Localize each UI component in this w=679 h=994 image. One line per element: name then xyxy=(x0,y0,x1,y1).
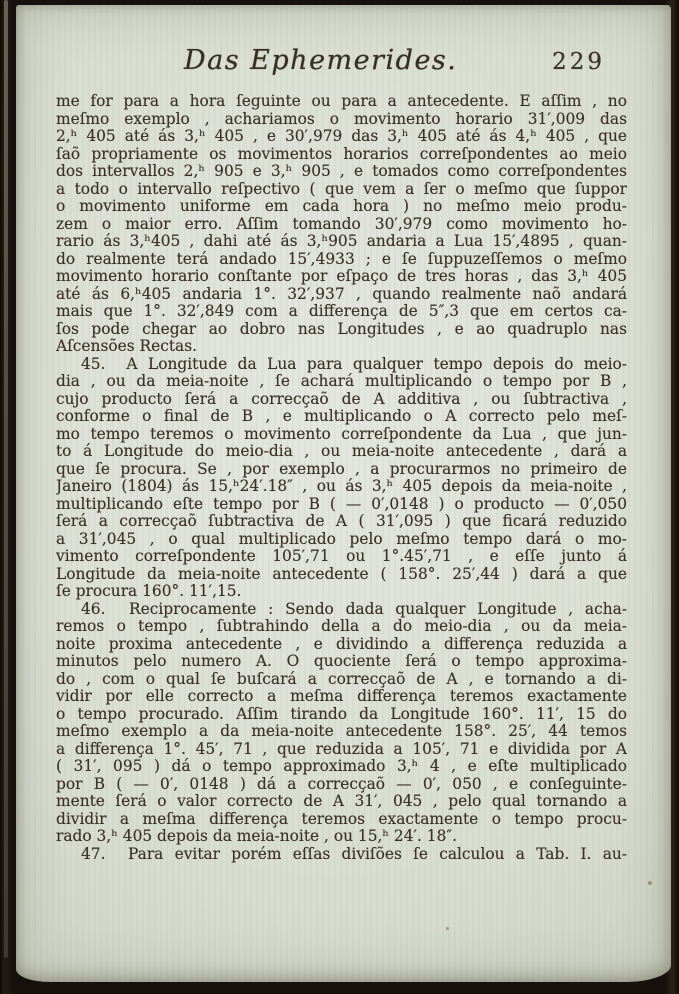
text-line: cujo producto ſerá a correcçaõ de A addi… xyxy=(56,391,627,409)
book-page: Das Ephemerides. 229 me for para a hora … xyxy=(16,5,671,982)
gutter-page-edge xyxy=(4,0,8,958)
text-line: o movimento uniforme em cada hora ) no m… xyxy=(56,198,627,216)
text-line: ſe procura 160°. 11′,15. xyxy=(56,583,627,601)
text-line: até ás 6,ʰ405 andaria 1°. 32′,937 , quan… xyxy=(56,286,627,304)
text-line: mais que 1°. 32′,849 com a differença de… xyxy=(56,303,627,321)
text-line: do , com o qual ſe buſcará a correcçaõ d… xyxy=(56,671,627,689)
ink-smudge xyxy=(258,57,263,61)
text-line: ſos pode chegar ao dobro nas Longitudes … xyxy=(56,321,627,339)
text-line: a differença 1°. 45′, 71 , que reduzida … xyxy=(56,741,627,759)
text-line: to á Longitude do meio-dia , ou meia-noi… xyxy=(56,443,627,461)
text-line: a todo o intervallo reſpectivo ( que vem… xyxy=(56,181,627,199)
text-line: Longitude da meia-noite antecedente ( 15… xyxy=(56,566,627,584)
text-line: 2,ʰ 405 até ás 3,ʰ 405 , e 30′,979 das 3… xyxy=(56,128,627,146)
text-line: ſerá a correcçaõ ſubtractiva de A ( 31′,… xyxy=(56,513,627,531)
text-line: rado 3,ʰ 405 depois da meia-noite , ou 1… xyxy=(56,828,627,846)
text-line: Janeiro (1804) ás 15,ʰ24′.18″ , ou ás 3,… xyxy=(56,478,627,496)
text-line: conforme o final de B , e multiplicando … xyxy=(56,408,627,426)
text-line: movimento horario conſtante por eſpaço d… xyxy=(56,268,627,286)
text-line-paragraph-47: 47. Para evitar porém eſſas diviſões ſe … xyxy=(56,846,627,864)
text-line: do realmente terá andado 15′,4933 ; e ſe… xyxy=(56,251,627,269)
text-line-paragraph-46: 46. Reciprocamente : Sendo dada qualquer… xyxy=(56,601,627,619)
text-line: ( 31′, 095 ) dá o tempo approximado 3,ʰ … xyxy=(56,758,627,776)
text-line: a 31′,045 , o qual multiplicado pelo meſ… xyxy=(56,531,627,549)
text-line: vimento correſpondente 105′,71 ou 1°.45′… xyxy=(56,548,627,566)
text-line: vidir por elle correcto a meſma differen… xyxy=(56,688,627,706)
text-line: dividir a meſma differença teremos exact… xyxy=(56,811,627,829)
text-line: dos intervallos 2,ʰ 905 e 3,ʰ 905 , e to… xyxy=(56,163,627,181)
page-number: 229 xyxy=(552,49,605,75)
text-line-paragraph-45: 45. A Longitude da Lua para qualquer tem… xyxy=(56,356,627,374)
text-line: mo tempo teremos o movimento correſponde… xyxy=(56,426,627,444)
body-text: me for para a hora ſeguinte ou para a an… xyxy=(56,93,627,863)
text-line: meſmo exemplo , achariamos o movimento h… xyxy=(56,111,627,129)
text-line: noite proxima antecedente , e dividindo … xyxy=(56,636,627,654)
text-line: meſmo exemplo a da meia-noite antecedent… xyxy=(56,723,627,741)
text-line: rario ás 3,ʰ405 , dahi até ás 3,ʰ905 and… xyxy=(56,233,627,251)
running-head: Das Ephemerides. xyxy=(184,45,457,76)
book-scan: Das Ephemerides. 229 me for para a hora … xyxy=(0,0,679,994)
text-line: multiplicando eſte tempo por B ( — 0′,01… xyxy=(56,496,627,514)
text-line: dia , ou da meia-noite , ſe achará multi… xyxy=(56,373,627,391)
text-line: por B ( — 0′, 0148 ) dá a correcçaõ — 0′… xyxy=(56,776,627,794)
paper-speck xyxy=(648,881,652,885)
page-header: Das Ephemerides. 229 xyxy=(56,45,627,89)
text-line: o tempo procurado. Aſſim tirando da Long… xyxy=(56,706,627,724)
text-line: zem o maior erro. Aſſim tomando 30′,979 … xyxy=(56,216,627,234)
text-line: me for para a hora ſeguinte ou para a an… xyxy=(56,93,627,111)
text-line: minutos pelo numero A. O quociente ſerá … xyxy=(56,653,627,671)
text-line: mente ſerá o valor correcto de A 31′, 04… xyxy=(56,793,627,811)
text-line: que ſe procura. Se , por exemplo , a pro… xyxy=(56,461,627,479)
text-line: ſaõ propriamente os movimentos horarios … xyxy=(56,146,627,164)
text-line: remos o tempo , ſubtrahindo della a do m… xyxy=(56,618,627,636)
text-line: Aſcensões Rectas. xyxy=(56,338,627,356)
paper-speck xyxy=(446,927,449,930)
